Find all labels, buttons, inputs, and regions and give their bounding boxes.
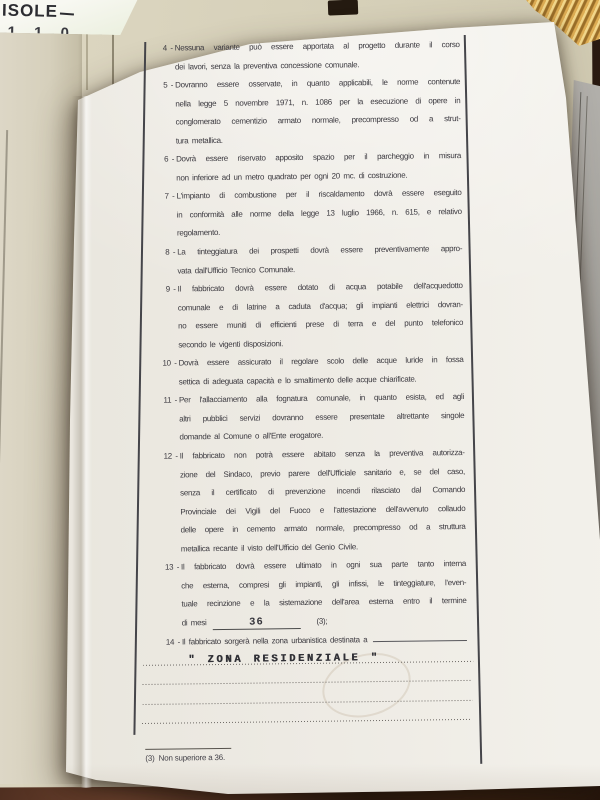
clause-number: 12 - <box>152 448 178 467</box>
fill-in-line <box>373 639 467 641</box>
clause-number: 14 - <box>154 633 180 652</box>
photo-of-document: ISOLE 1 1 0 4 -Nessuna variante può esse… <box>0 0 600 800</box>
clause-number: 7 - <box>148 188 174 207</box>
clause-number: 11 - <box>151 392 177 411</box>
ruled-line <box>143 680 473 685</box>
footnote-separator <box>145 748 231 750</box>
ruled-line <box>142 719 472 724</box>
clause-number: 13 - <box>153 559 179 578</box>
clause-number: 8 - <box>149 244 175 263</box>
fill-in-line: 36 <box>212 616 300 630</box>
typed-value: 36 <box>249 616 264 628</box>
clause-number: 10 - <box>150 355 176 374</box>
text-block: 4 -Nessuna variante può essere apportata… <box>147 36 468 670</box>
footnote: (3) Non superiore a 36. <box>145 753 225 763</box>
document-content: 4 -Nessuna variante può essere apportata… <box>0 0 600 800</box>
clause-number: 4 - <box>147 40 173 59</box>
document-line: " ZONA RESIDENZIALE " <box>154 648 467 670</box>
ruled-line <box>142 700 472 705</box>
left-margin-rule <box>133 42 145 735</box>
clause-number: 5 - <box>147 77 173 96</box>
clause-number: 9 - <box>150 281 176 300</box>
typed-zone-text: " ZONA RESIDENZIALE " <box>188 648 467 670</box>
clause-number: 6 - <box>148 151 174 170</box>
